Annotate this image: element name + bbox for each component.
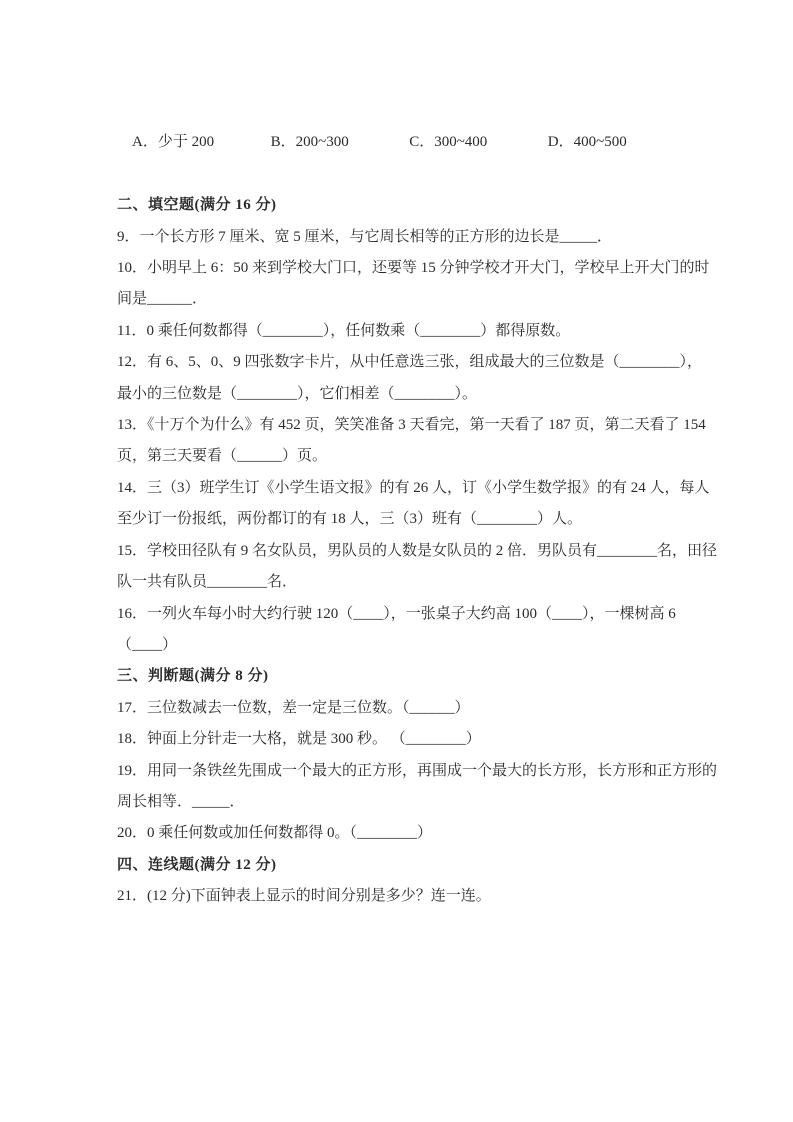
question-20: 20．0 乘任何数或加任何数都得 0。（________） bbox=[117, 818, 683, 849]
choice-option-b: B．200~300 bbox=[271, 127, 410, 158]
question-21: 21．(12 分)下面钟表上显示的时间分别是多少？连一连。 bbox=[117, 881, 683, 912]
question-13: 13．《十万个为什么》有 452 页，笑笑准备 3 天看完，第一天看了 187 … bbox=[117, 410, 683, 473]
choice-option-c: C．300~400 bbox=[409, 127, 548, 158]
question-15: 15．学校田径队有 9 名女队员，男队员的人数是女队员的 2 倍．男队员有___… bbox=[117, 536, 683, 599]
exam-paper-page: A．少于 200B．200~300C．300~400D．400~500 二、填空… bbox=[117, 96, 683, 913]
question-12: 12．有 6、5、0、9 四张数字卡片，从中任意选三张，组成最大的三位数是（__… bbox=[117, 347, 683, 410]
choice-options-row: A．少于 200B．200~300C．300~400D．400~500 bbox=[117, 96, 683, 190]
question-9: 9．一个长方形 7 厘米、宽 5 厘米，与它周长相等的正方形的边长是_____． bbox=[117, 222, 683, 253]
section-title-true-false: 三、判断题(满分 8 分) bbox=[117, 661, 683, 692]
question-10: 10．小明早上 6：50 来到学校大门口，还要等 15 分钟学校才开大门，学校早… bbox=[117, 253, 683, 316]
question-16: 16．一列火车每小时大约行驶 120（____），一张桌子大约高 100（___… bbox=[117, 599, 683, 662]
choice-option-d: D．400~500 bbox=[548, 127, 627, 158]
question-19: 19．用同一条铁丝先围成一个最大的正方形，再围成一个最大的长方形，长方形和正方形… bbox=[117, 756, 683, 819]
section-title-fill-in-blank: 二、填空题(满分 16 分) bbox=[117, 190, 683, 221]
question-14: 14．三（3）班学生订《小学生语文报》的有 26 人，订《小学生数学报》的有 2… bbox=[117, 473, 683, 536]
question-18: 18．钟面上分针走一大格，就是 300 秒。 （________） bbox=[117, 724, 683, 755]
section-title-matching: 四、连线题(满分 12 分) bbox=[117, 850, 683, 881]
choice-option-a: A．少于 200 bbox=[132, 127, 271, 158]
question-17: 17．三位数减去一位数，差一定是三位数。（______） bbox=[117, 693, 683, 724]
question-11: 11．0 乘任何数都得（________），任何数乘（________）都得原数… bbox=[117, 316, 683, 347]
